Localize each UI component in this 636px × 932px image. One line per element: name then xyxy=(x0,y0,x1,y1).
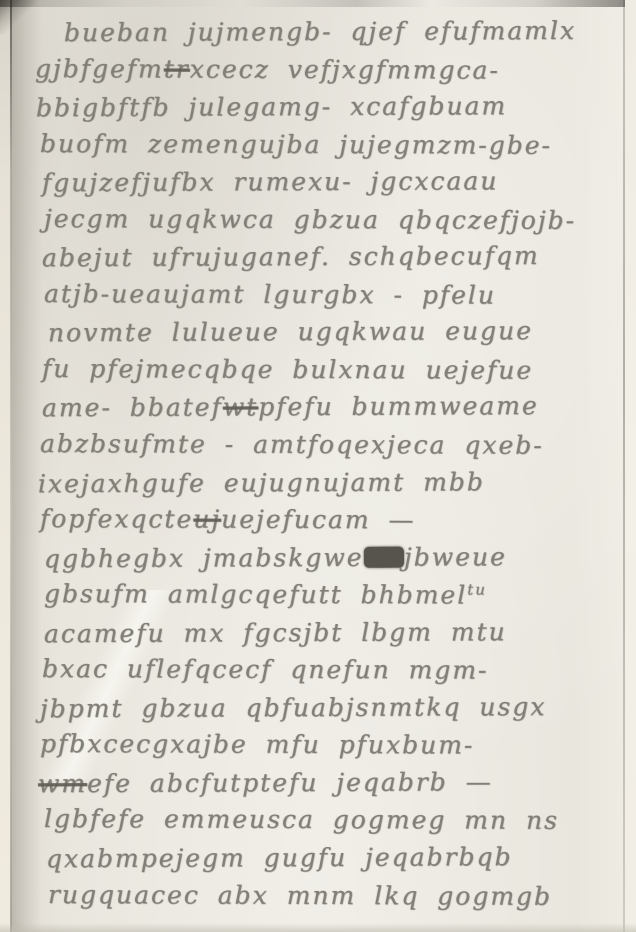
handwriting-line: atjb-ueaujamt lgurgbx - pfelu xyxy=(30,275,622,315)
handwriting-line: gbsufm amlgcqefutt bhbmeltu xyxy=(30,575,622,615)
superscript-correction: tu xyxy=(467,581,487,599)
handwriting-line: fopfexqcte uj uejefucam — xyxy=(30,500,622,540)
ink-blot: mw xyxy=(363,547,404,568)
handwriting-text: abejut ufrujuganef. schqbecufqm xyxy=(42,242,540,273)
handwriting-line: novmte lulueue ugqkwau eugue xyxy=(30,312,622,352)
handwriting-line: wmefe abcfutptefu jeqabrb — xyxy=(30,763,622,803)
handwriting-line: abejut ufrujuganef. schqbecufqm xyxy=(30,237,622,277)
scanned-manuscript-page: bueban jujmengb- qjef efufmamlxgjbfgefm … xyxy=(0,0,636,932)
handwriting-line: bueban jujmengb- qjef efufmamlx xyxy=(30,12,622,52)
handwriting-line: bbigbftfb julegamg- xcafgbuam xyxy=(30,87,622,127)
handwriting-text: fopfexqcte xyxy=(40,504,193,534)
handwriting-line: jecgm ugqkwca gbzua qbqczefjojb- xyxy=(30,200,622,240)
handwriting-text: novmte lulueue ugqkwau eugue xyxy=(48,317,533,348)
handwriting-line: fgujzefjufbx rumexu- jgcxcaau xyxy=(30,162,622,202)
handwriting-lines: bueban jujmengb- qjef efufmamlxgjbfgefm … xyxy=(30,13,622,914)
handwriting-line: abzbsufmte - amtfoqexjeca qxeb- xyxy=(30,425,622,465)
handwriting-text: xcecz vefjxgfmmgca- xyxy=(190,54,500,84)
scan-edge-right-strip xyxy=(625,0,636,932)
handwriting-line: qgbhegbx jmabskgwe mw jbweue xyxy=(30,537,622,577)
handwriting-text: atjb-ueaujamt lgurgbx - pfelu xyxy=(44,279,496,310)
handwriting-text: lgbfefe emmeusca gogmeg mn ns xyxy=(44,805,559,836)
handwriting-text: bxac uflefqcecf qnefun mgm- xyxy=(42,655,489,686)
handwriting-line: ame- bbatefwt pfefu bummweame xyxy=(30,387,622,427)
handwriting-text: gjbfgefm xyxy=(35,54,164,83)
scan-edge-top xyxy=(0,0,636,7)
handwriting-text: gbsufm amlgcqefutt bhbmel xyxy=(44,579,467,609)
struck-out-word: wm xyxy=(38,769,87,798)
handwriting-text: abzbsufmte - amtfoqexjeca qxeb- xyxy=(40,429,544,460)
handwriting-text: qxabmpejegm gugfu jeqabrbqb xyxy=(46,842,513,873)
handwriting-line: buofm zemengujba jujegmzm-gbe- xyxy=(30,125,622,165)
scan-edge-bottom xyxy=(0,923,636,932)
handwriting-text: ixejaxhgufe eujugnujamt mbb xyxy=(38,467,485,498)
handwriting-text: fu pfejmecqbqe bulxnau uejefue xyxy=(42,354,533,385)
handwriting-text: efe abcfutptefu jeqabrb — xyxy=(87,767,493,798)
handwriting-line: gjbfgefm tr xcecz vefjxgfmmgca- xyxy=(30,50,622,90)
struck-out-word: wt xyxy=(223,393,259,422)
handwriting-text: pfbxcecgxajbe mfu pfuxbum- xyxy=(40,730,474,761)
handwriting-line: qxabmpejegm gugfu jeqabrbqb xyxy=(30,838,622,878)
handwriting-text: jecgm ugqkwca gbzua qbqczefjojb- xyxy=(44,204,576,235)
handwriting-text: qgbhegbx jmabskgwe xyxy=(44,543,364,573)
handwriting-text: uejefucam — xyxy=(221,505,415,535)
handwriting-line: acamefu mx fgcsjbt lbgm mtu xyxy=(30,612,622,652)
handwriting-line: rugquacec abx mnm lkq gogmgb xyxy=(30,876,622,916)
handwriting-line: pfbxcecgxajbe mfu pfuxbum- xyxy=(30,725,622,765)
handwriting-text: acamefu mx fgcsjbt lbgm mtu xyxy=(44,617,507,648)
handwriting-line: fu pfejmecqbqe bulxnau uejefue xyxy=(30,350,622,390)
handwriting-text: jbpmt gbzua qbfuabjsnmtkq usgx xyxy=(40,692,547,723)
handwriting-text: buofm zemengujba jujegmzm-gbe- xyxy=(40,129,552,160)
scan-edge-left-line xyxy=(10,0,12,932)
handwriting-text: fgujzefjufbx rumexu- jgcxcaau xyxy=(42,167,499,198)
handwriting-text: ame- bbatef xyxy=(42,393,223,423)
handwriting-line: bxac uflefqcecf qnefun mgm- xyxy=(30,650,622,690)
handwriting-line: jbpmt gbzua qbfuabjsnmtkq usgx xyxy=(30,688,622,728)
handwriting-text: bueban jujmengb- qjef efufmamlx xyxy=(64,16,576,47)
handwriting-text: jbweue xyxy=(404,542,507,571)
handwriting-text: pfefu bummweame xyxy=(258,392,539,422)
handwriting-text: rugquacec abx mnm lkq gogmgb xyxy=(48,880,552,911)
handwriting-line: lgbfefe emmeusca gogmeg mn ns xyxy=(30,800,622,840)
struck-out-word: uj xyxy=(193,505,221,534)
struck-out-word: tr xyxy=(164,54,190,83)
handwriting-line: ixejaxhgufe eujugnujamt mbb xyxy=(30,462,622,502)
handwriting-text: bbigbftfb julegamg- xcafgbuam xyxy=(36,92,507,123)
